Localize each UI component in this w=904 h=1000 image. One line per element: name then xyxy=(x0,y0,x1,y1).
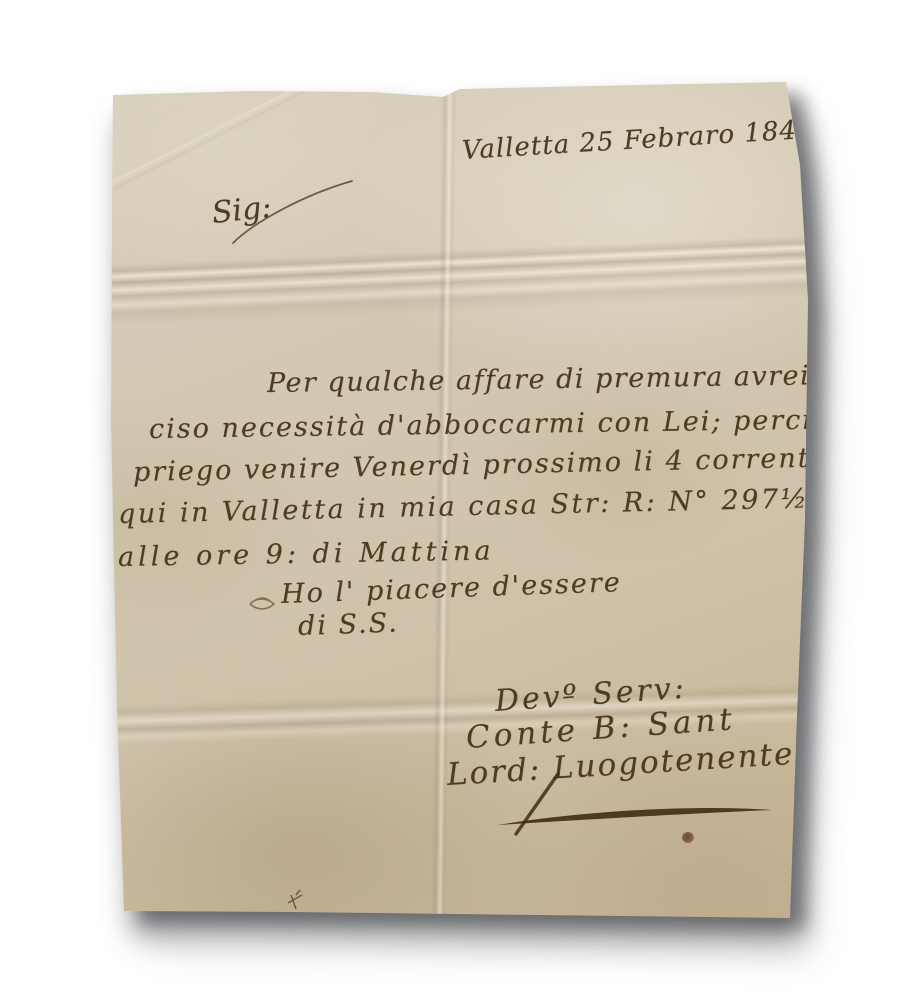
photo-background: Valletta 25 Febraro 1848. Sig: Per qualc… xyxy=(0,0,904,1000)
ink-flourishes xyxy=(0,0,904,1000)
salutation-flourish-stroke xyxy=(233,181,352,243)
pre-line-squiggle xyxy=(250,598,274,609)
paper-shadow: Valletta 25 Febraro 1848. Sig: Per qualc… xyxy=(0,0,904,1000)
ink-cross-mark xyxy=(288,890,302,909)
letter-paper: Valletta 25 Febraro 1848. Sig: Per qualc… xyxy=(0,0,904,1000)
signature-underline-flourish xyxy=(498,808,772,825)
signature-flourish-lead-stroke xyxy=(516,774,558,834)
ink-dot xyxy=(682,832,694,843)
